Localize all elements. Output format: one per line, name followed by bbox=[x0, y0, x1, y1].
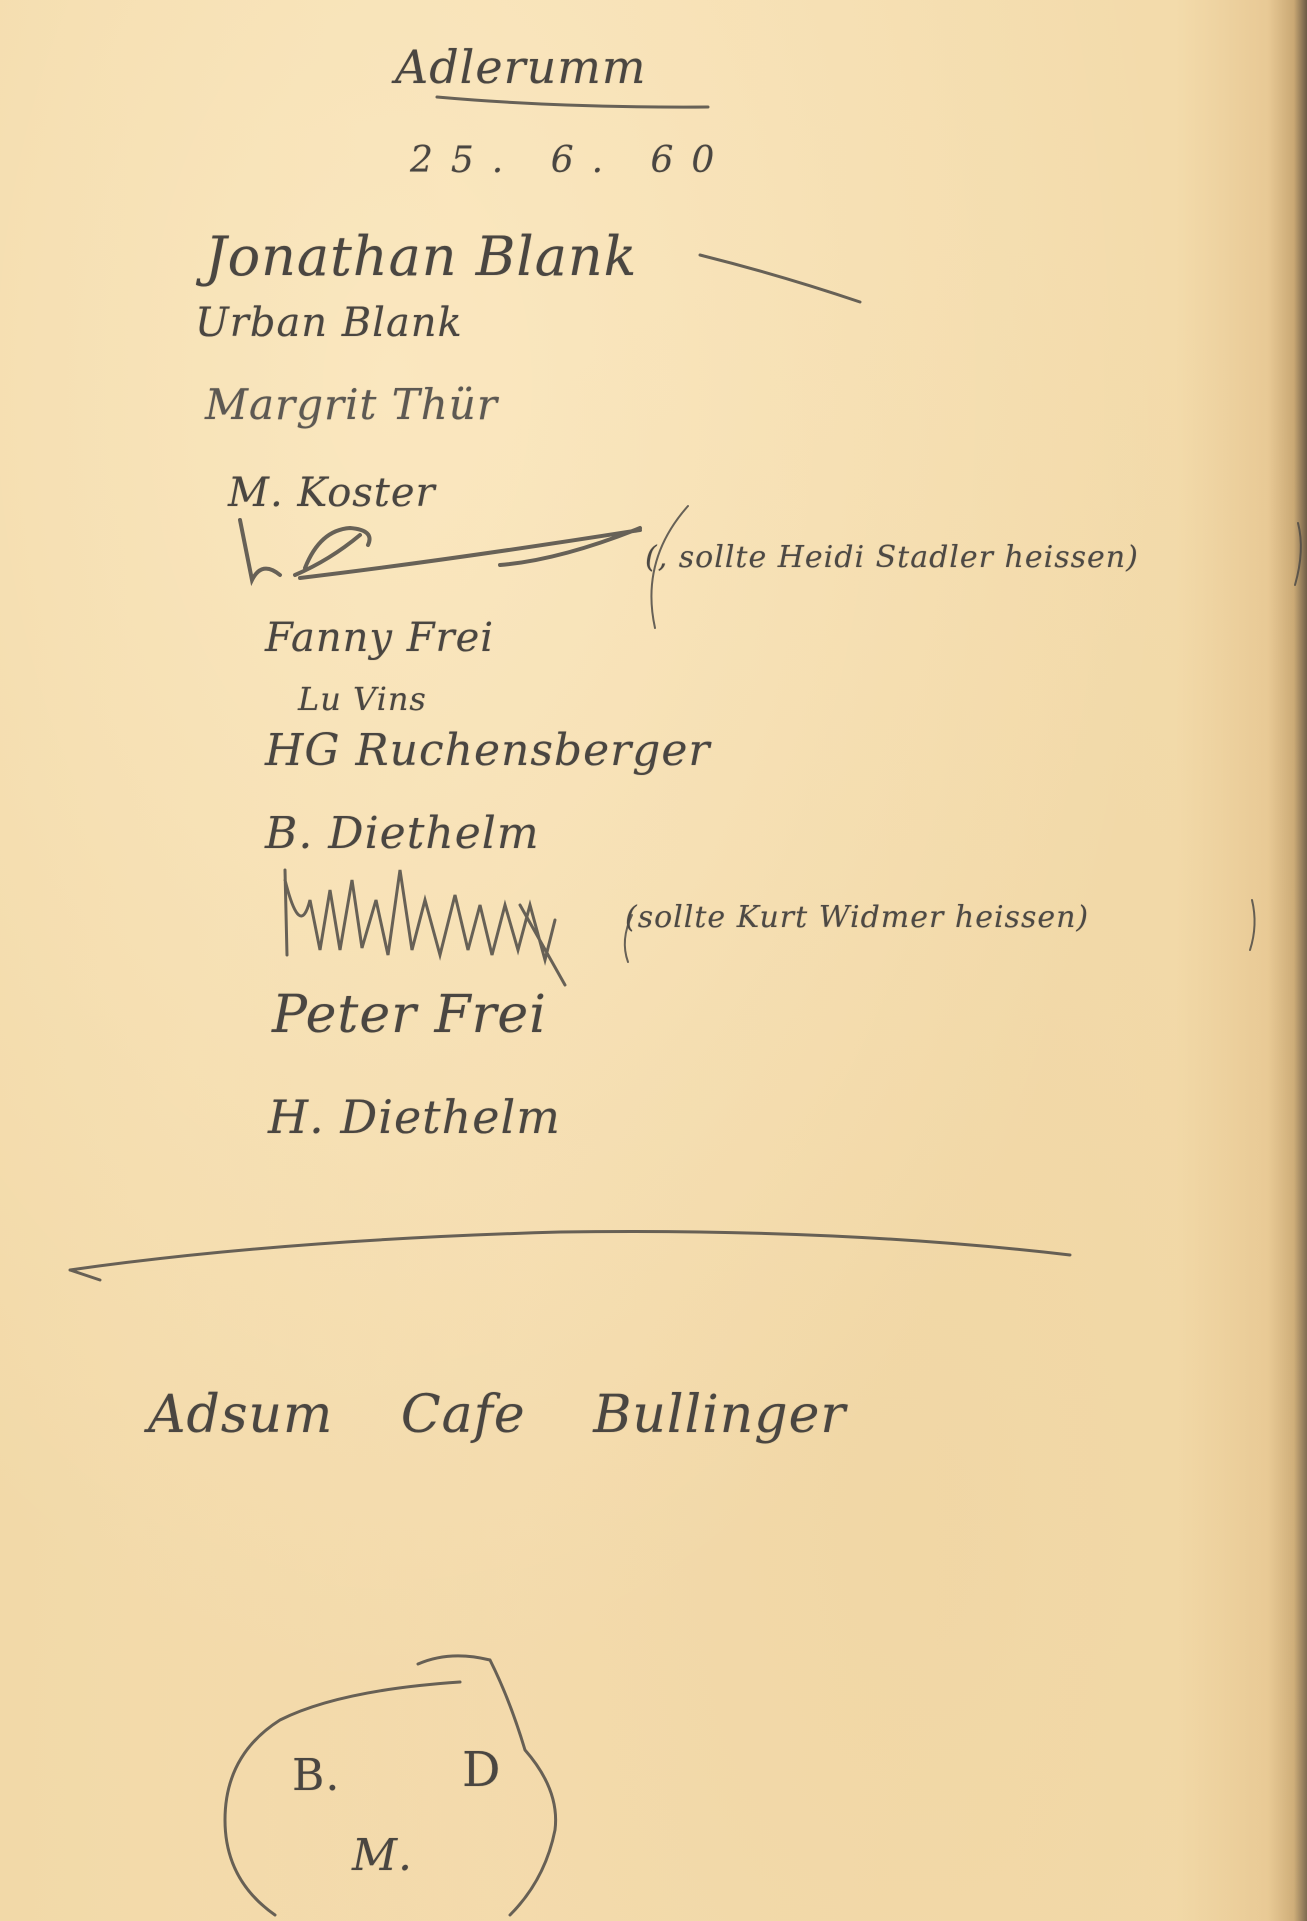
monogram-b: B. bbox=[292, 1750, 340, 1801]
signature-11: Peter Frei bbox=[272, 985, 547, 1045]
signature-2: Urban Blank bbox=[195, 300, 463, 346]
signature-7: Lu Vins bbox=[298, 680, 427, 718]
signature-12: H. Diethelm bbox=[268, 1090, 561, 1144]
signature-9: B. Diethelm bbox=[265, 808, 540, 859]
signature-8: HG Ruchensberger bbox=[265, 725, 710, 776]
guestbook-page: Adlerumm 25. 6. 60 Jonathan Blank Urban … bbox=[0, 0, 1307, 1921]
pencil-strokes bbox=[0, 0, 1307, 1921]
monogram-d: D bbox=[462, 1742, 501, 1798]
signature-4: M. Koster bbox=[228, 470, 436, 516]
date: 25. 6. 60 bbox=[410, 140, 732, 181]
signature-5-note: (, sollte Heidi Stadler heissen) bbox=[645, 540, 1139, 575]
monogram-m: M. bbox=[352, 1830, 413, 1881]
footer-line: Adsum Cafe Bullinger bbox=[148, 1385, 846, 1445]
signature-3: Margrit Thür bbox=[205, 380, 498, 429]
signature-6: Fanny Frei bbox=[265, 615, 494, 661]
page-title: Adlerumm bbox=[395, 40, 646, 94]
signature-10-note: (sollte Kurt Widmer heissen) bbox=[625, 900, 1089, 935]
signature-1: Jonathan Blank bbox=[205, 225, 637, 288]
